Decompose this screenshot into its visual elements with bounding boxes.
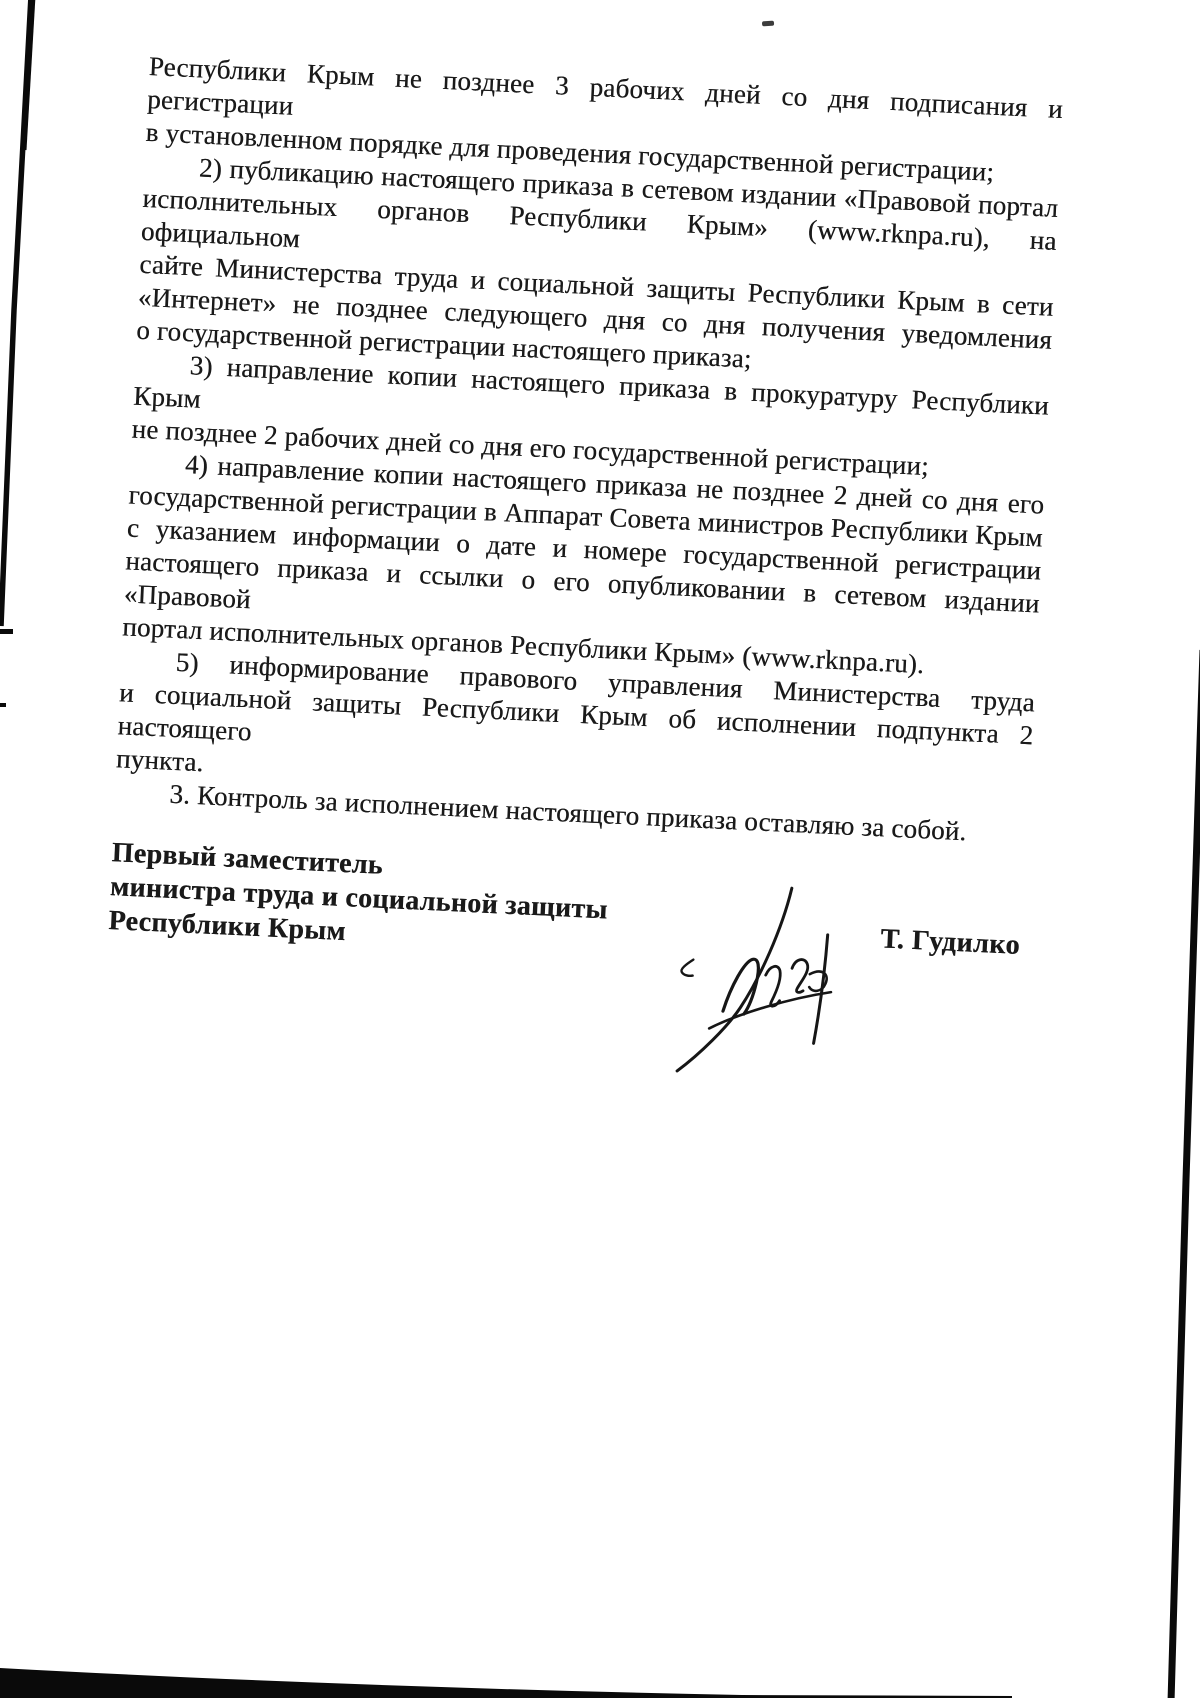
top-right-dash [762,21,774,27]
left-edge-dot [0,703,6,707]
signature-chevron-mark [681,959,693,976]
signature-scribble [637,823,874,1083]
signatory-title: Первый заместитель министра труда и соци… [108,836,632,962]
signature-block: Первый заместитель министра труда и соци… [100,836,1026,1139]
signatory-name: Т. Гудилко [880,922,1021,962]
scanned-document-page: Республики Крым не позднее 3 рабочих дне… [0,0,1200,1698]
document-text-block: Республики Крым не позднее 3 рабочих дне… [100,42,1064,1139]
bottom-edge-scan-shadow [0,1668,1012,1698]
left-edge-scan-line-top [25,0,34,150]
left-edge-scan-line [1,0,31,626]
right-edge-scan-line [1171,650,1200,1698]
left-edge-tick [0,629,13,634]
